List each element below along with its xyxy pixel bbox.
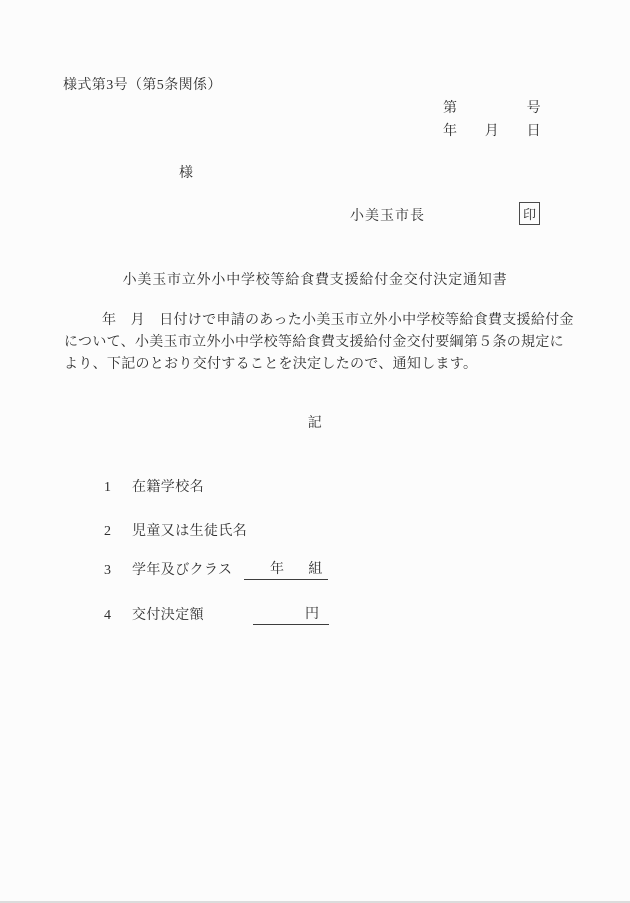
date-line: 年 月 日 — [443, 120, 541, 140]
item-label: 在籍学校名 — [132, 478, 204, 498]
list-item-school-name: 1 在籍学校名 — [104, 478, 204, 498]
item-number: 3 — [104, 561, 132, 581]
item-number: 1 — [104, 478, 132, 498]
document-number-line: 第 号 — [443, 97, 541, 117]
yen-unit-label: 円 — [305, 605, 319, 624]
class-unit-label: 組 — [308, 560, 322, 579]
date-year-label: 年 — [443, 120, 457, 140]
grade-unit-label: 年 — [270, 560, 284, 579]
item-number: 4 — [104, 606, 132, 626]
notification-document-page: 様式第3号（第5条関係） 第 号 年 月 日 様 小美玉市長 印 小美玉市立外小… — [0, 0, 630, 903]
amount-blank-field: 円 — [253, 606, 329, 625]
date-month-label: 月 — [485, 120, 499, 140]
body-line-3: より、下記のとおり交付することを決定したので、通知します。 — [64, 354, 572, 376]
record-heading: 記 — [0, 412, 630, 432]
item-label: 児童又は生徒氏名 — [132, 522, 247, 542]
body-line-2: について、小美玉市立外小中学校等給食費支援給付金交付要綱第５条の規定に — [64, 332, 572, 354]
item-number: 2 — [104, 522, 132, 542]
addressee-honorific: 様 — [179, 162, 193, 182]
document-number-prefix: 第 — [443, 97, 457, 117]
list-item-grant-amount: 4 交付決定額 — [104, 606, 204, 626]
issuer-title: 小美玉市長 — [350, 205, 425, 225]
date-day-label: 日 — [527, 120, 541, 140]
body-paragraph: 年 月 日付けで申請のあった小美玉市立外小中学校等給食費支援給付金 について、小… — [64, 310, 572, 376]
body-line-1: 年 月 日付けで申請のあった小美玉市立外小中学校等給食費支援給付金 — [64, 310, 572, 332]
form-number-label: 様式第3号（第5条関係） — [63, 74, 222, 94]
seal-mark: 印 — [523, 204, 536, 223]
document-number-suffix: 号 — [527, 97, 541, 117]
seal-box: 印 — [519, 202, 540, 225]
item-label: 学年及びクラス — [132, 561, 232, 581]
document-title: 小美玉市立外小中学校等給食費支援給付金交付決定通知書 — [0, 269, 630, 289]
list-item-student-name: 2 児童又は生徒氏名 — [104, 522, 247, 542]
list-item-grade-class: 3 学年及びクラス — [104, 561, 232, 581]
item-label: 交付決定額 — [132, 606, 204, 626]
grade-class-blank-field: 年 組 — [244, 561, 328, 580]
